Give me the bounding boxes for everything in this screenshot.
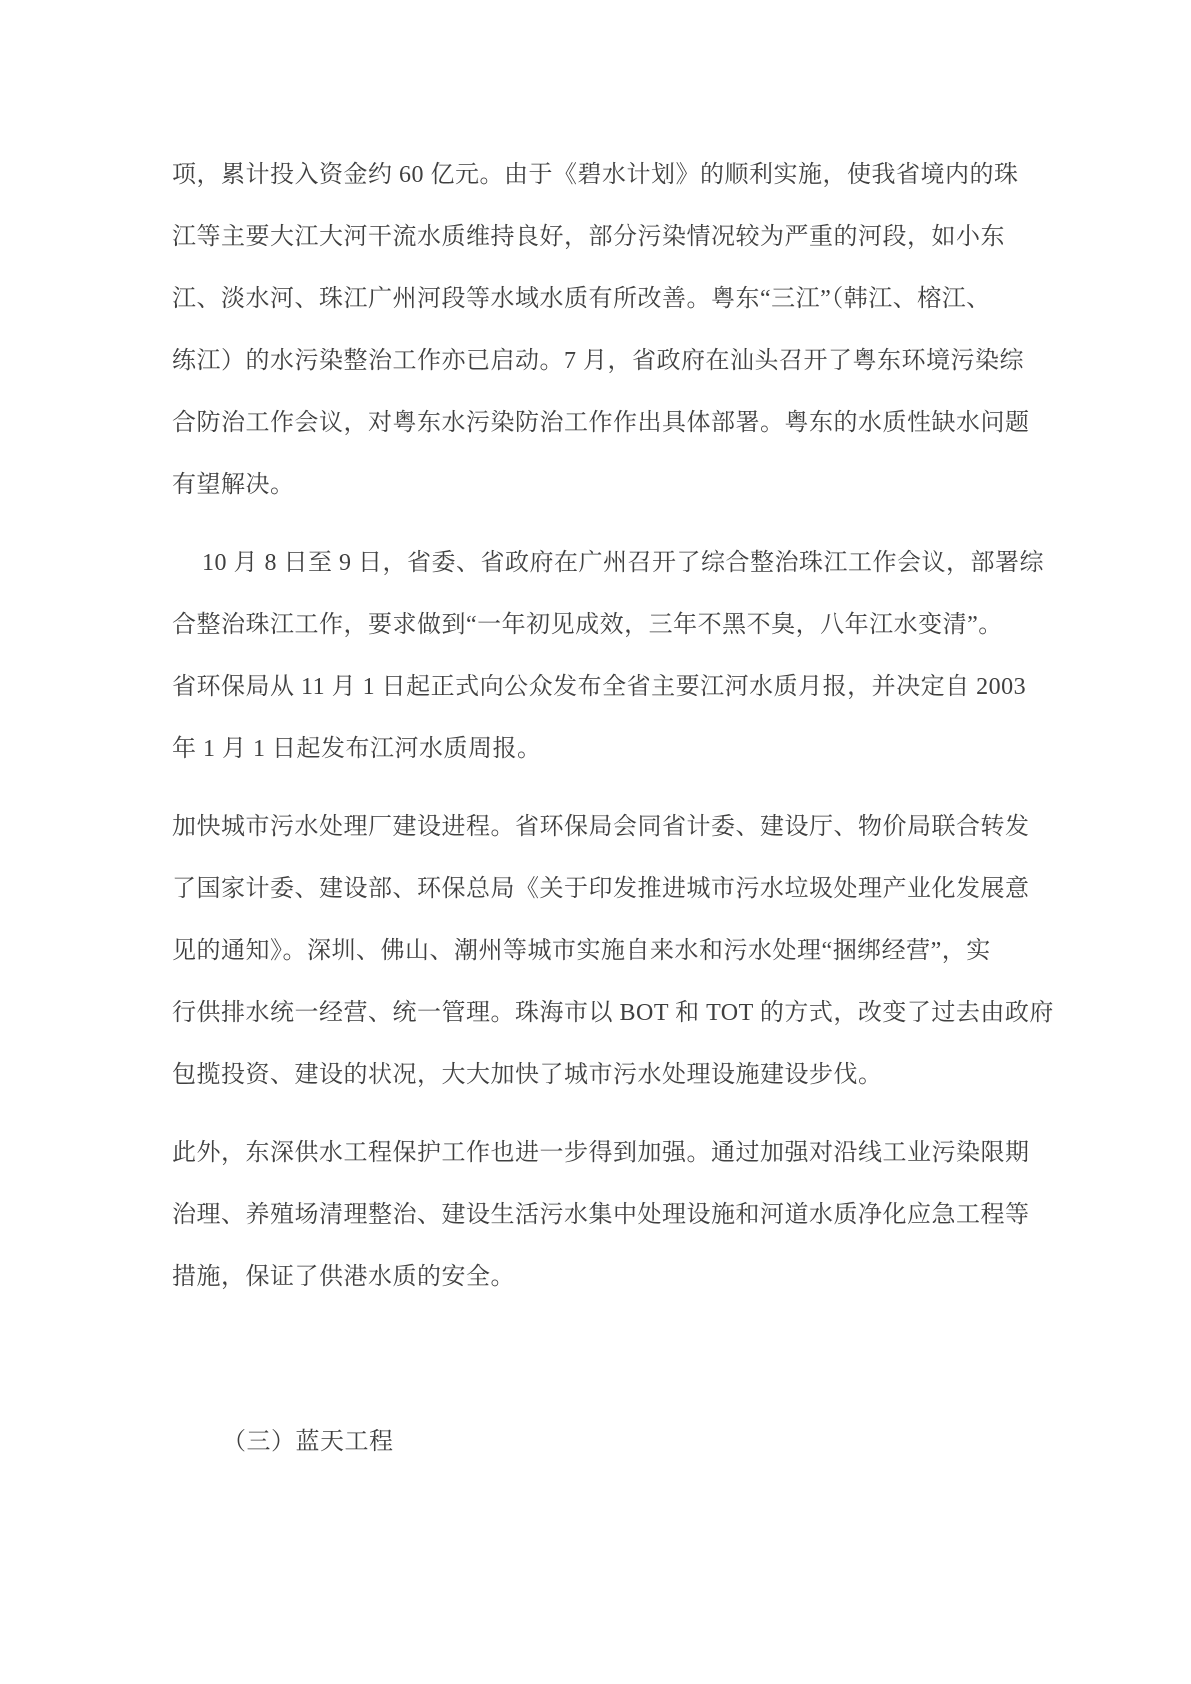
paragraph: 此外，东深供水工程保护工作也进一步得到加强。通过加强对沿线工业污染限期 治理、养… [172,1122,1035,1308]
paragraph: 10 月 8 日至 9 日，省委、省政府在广州召开了综合整治珠江工作会议，部署综… [172,532,1035,780]
text-line: 江等主要大江大河干流水质维持良好，部分污染情况较为严重的河段，如小东 [172,206,1035,268]
text-line: 包揽投资、建设的状况，大大加快了城市污水处理设施建设步伐。 [172,1044,1035,1106]
text-line: 见的通知》。深圳、佛山、潮州等城市实施自来水和污水处理“捆绑经营”，实 [172,920,1035,982]
section-heading: （三）蓝天工程 [172,1411,1035,1473]
text-line: 有望解决。 [172,454,1035,516]
text-line: 10 月 8 日至 9 日，省委、省政府在广州召开了综合整治珠江工作会议，部署综 [172,532,1035,594]
text-line: 合整治珠江工作，要求做到“一年初见成效，三年不黑不臭，八年江水变清”。 [172,594,1035,656]
paragraph: 项，累计投入资金约 60 亿元。由于《碧水计划》的顺利实施，使我省境内的珠 江等… [172,144,1035,516]
text-line: 练江）的水污染整治工作亦已启动。7 月，省政府在汕头召开了粤东环境污染综 [172,330,1035,392]
text-line: 年 1 月 1 日起发布江河水质周报。 [172,718,1035,780]
text-line: 治理、养殖场清理整治、建设生活污水集中处理设施和河道水质净化应急工程等 [172,1184,1035,1246]
paragraph: 加快城市污水处理厂建设进程。省环保局会同省计委、建设厅、物价局联合转发 了国家计… [172,796,1035,1106]
text-line: 了国家计委、建设部、环保总局《关于印发推进城市污水垃圾处理产业化发展意 [172,858,1035,920]
text-line: 行供排水统一经营、统一管理。珠海市以 BOT 和 TOT 的方式，改变了过去由政… [172,982,1035,1044]
text-line: 合防治工作会议，对粤东水污染防治工作作出具体部署。粤东的水质性缺水问题 [172,392,1035,454]
text-line: 此外，东深供水工程保护工作也进一步得到加强。通过加强对沿线工业污染限期 [172,1122,1035,1184]
text-line: 项，累计投入资金约 60 亿元。由于《碧水计划》的顺利实施，使我省境内的珠 [172,144,1035,206]
text-line: 省环保局从 11 月 1 日起正式向公众发布全省主要江河水质月报，并决定自 20… [172,656,1035,718]
text-line: 加快城市污水处理厂建设进程。省环保局会同省计委、建设厅、物价局联合转发 [172,796,1035,858]
text-line: 措施，保证了供港水质的安全。 [172,1246,1035,1308]
text-line: 江、淡水河、珠江广州河段等水域水质有所改善。粤东“三江”（韩江、榕江、 [172,268,1035,330]
document-page: 项，累计投入资金约 60 亿元。由于《碧水计划》的顺利实施，使我省境内的珠 江等… [0,0,1191,1684]
